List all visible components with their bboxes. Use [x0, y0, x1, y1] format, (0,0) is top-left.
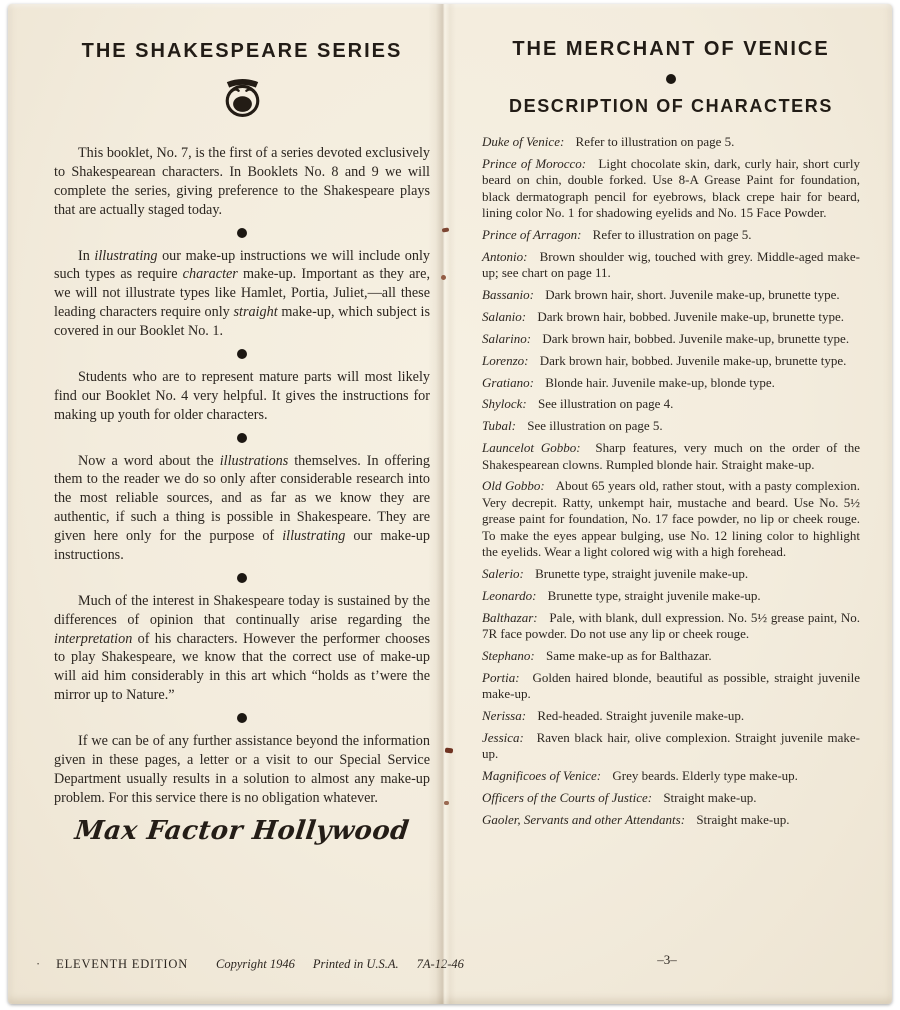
- body-paragraph: Students who are to represent mature par…: [54, 368, 430, 425]
- separator-dot: [237, 349, 247, 359]
- character-description: Refer to illustration on page 5.: [572, 134, 734, 149]
- character-entry: Officers of the Courts of Justice: Strai…: [482, 790, 860, 806]
- character-entry: Salerio: Brunette type, straight juvenil…: [482, 566, 860, 582]
- character-entry: Lorenzo: Dark brown hair, bobbed. Juveni…: [482, 353, 860, 369]
- character-entry: Portia: Golden haired blonde, beautiful …: [482, 670, 860, 703]
- character-entry: Stephano: Same make-up as for Balthazar.: [482, 648, 860, 664]
- separator-dot: [237, 713, 247, 723]
- character-entry: Prince of Morocco: Light chocolate skin,…: [482, 156, 860, 222]
- character-entry: Balthazar: Pale, with blank, dull expres…: [482, 610, 860, 643]
- character-entry: Shylock: See illustration on page 4.: [482, 396, 860, 412]
- body-paragraph: Now a word about the illustrations thems…: [54, 452, 430, 565]
- booklet-scan: THE SHAKESPEARE SERIES This booklet, No.…: [8, 4, 892, 1004]
- character-description: Grey beards. Elderly type make-up.: [609, 768, 798, 783]
- body-paragraph: If we can be of any further assistance b…: [54, 732, 430, 808]
- character-entry: Tubal: See illustration on page 5.: [482, 418, 860, 434]
- separator-dot: [237, 228, 247, 238]
- section-heading: DESCRIPTION OF CHARACTERS: [482, 96, 860, 117]
- character-entry: Bassanio: Dark brown hair, short. Juveni…: [482, 287, 860, 303]
- character-name: Antonio:: [482, 249, 528, 264]
- character-description: Brunette type, straight juvenile make-up…: [544, 588, 760, 603]
- character-entry: Leonardo: Brunette type, straight juveni…: [482, 588, 860, 604]
- footer-copyright: Copyright 1946: [216, 957, 295, 971]
- character-entry: Nerissa: Red-headed. Straight juvenile m…: [482, 708, 860, 724]
- character-description: Same make-up as for Balthazar.: [543, 648, 712, 663]
- footer-printed: Printed in U.S.A.: [313, 957, 399, 971]
- character-entry: Salarino: Dark brown hair, bobbed. Juven…: [482, 331, 860, 347]
- character-name: Shylock:: [482, 396, 527, 411]
- separator-bullet: [54, 349, 430, 360]
- character-name: Salanio:: [482, 309, 526, 324]
- separator-bullet: [54, 433, 430, 444]
- character-name: Launcelot Gobbo:: [482, 440, 581, 455]
- body-paragraph: This booklet, No. 7, is the first of a s…: [54, 144, 430, 220]
- left-page-title: THE SHAKESPEARE SERIES: [54, 40, 430, 63]
- body-paragraph: In illustrating our make-up instructions…: [54, 247, 430, 341]
- character-description: See illustration on page 5.: [524, 418, 663, 433]
- character-entry: Jessica: Raven black hair, olive complex…: [482, 730, 860, 763]
- character-entry: Old Gobbo: About 65 years old, rather st…: [482, 478, 860, 560]
- character-description: See illustration on page 4.: [535, 396, 674, 411]
- character-description: Dark brown hair, bobbed. Juvenile make-u…: [534, 309, 844, 324]
- character-name: Jessica:: [482, 730, 524, 745]
- character-name: Portia:: [482, 670, 520, 685]
- left-footer: ·ELEVENTH EDITIONCopyright 1946Printed i…: [36, 957, 432, 972]
- logo-wrap: [54, 75, 430, 124]
- character-name: Gratiano:: [482, 375, 534, 390]
- character-name: Leonardo:: [482, 588, 536, 603]
- left-page: THE SHAKESPEARE SERIES This booklet, No.…: [8, 4, 442, 1004]
- footer-lead-mark: ·: [36, 957, 40, 971]
- separator-dot: [666, 74, 676, 84]
- character-name: Officers of the Courts of Justice:: [482, 790, 652, 805]
- signature-max-factor: Max Factor Hollywood: [52, 816, 432, 846]
- character-description: Red-headed. Straight juvenile make-up.: [534, 708, 744, 723]
- character-name: Lorenzo:: [482, 353, 528, 368]
- character-name: Stephano:: [482, 648, 535, 663]
- character-description: Brown shoulder wig, touched with grey. M…: [482, 249, 860, 280]
- character-description: Dark brown hair, short. Juvenile make-up…: [542, 287, 840, 302]
- character-entry: Salanio: Dark brown hair, bobbed. Juveni…: [482, 309, 860, 325]
- separator-dot: [237, 573, 247, 583]
- separator-bullet: [54, 228, 430, 239]
- character-name: Salarino:: [482, 331, 531, 346]
- tragedy-mask-logo-icon: [219, 75, 266, 119]
- character-name: Bassanio:: [482, 287, 534, 302]
- character-description: Pale, with blank, dull expression. No. 5…: [482, 610, 860, 641]
- character-name: Old Gobbo:: [482, 478, 545, 493]
- character-description: Dark brown hair, bobbed. Juvenile make-u…: [539, 331, 849, 346]
- character-entry: Gaoler, Servants and other Attendants: S…: [482, 812, 860, 828]
- left-paragraph-list: This booklet, No. 7, is the first of a s…: [54, 144, 430, 808]
- character-name: Nerissa:: [482, 708, 526, 723]
- character-entry: Duke of Venice: Refer to illustration on…: [482, 134, 860, 150]
- character-entry: Magnificoes of Venice: Grey beards. Elde…: [482, 768, 860, 784]
- character-name: Prince of Arragon:: [482, 227, 581, 242]
- page-number: –3–: [442, 952, 892, 968]
- character-description: Dark brown hair, bobbed. Juvenile make-u…: [536, 353, 846, 368]
- character-name: Gaoler, Servants and other Attendants:: [482, 812, 685, 827]
- character-description: Blonde hair. Juvenile make-up, blonde ty…: [542, 375, 775, 390]
- character-description: Brunette type, straight juvenile make-up…: [532, 566, 748, 581]
- character-name: Tubal:: [482, 418, 516, 433]
- right-page: THE MERCHANT OF VENICE DESCRIPTION OF CH…: [442, 4, 892, 1004]
- character-description: Refer to illustration on page 5.: [589, 227, 751, 242]
- character-description: Golden haired blonde, beautiful as possi…: [482, 670, 860, 701]
- character-list: Duke of Venice: Refer to illustration on…: [482, 134, 860, 828]
- character-name: Balthazar:: [482, 610, 538, 625]
- character-name: Prince of Morocco:: [482, 156, 586, 171]
- character-description: Straight make-up.: [693, 812, 789, 827]
- character-name: Salerio:: [482, 566, 524, 581]
- character-entry: Launcelot Gobbo: Sharp features, very mu…: [482, 440, 860, 473]
- separator-bullet: [54, 713, 430, 724]
- character-entry: Gratiano: Blonde hair. Juvenile make-up,…: [482, 375, 860, 391]
- separator-dot: [237, 433, 247, 443]
- body-paragraph: Much of the interest in Shakespeare toda…: [54, 592, 430, 705]
- right-page-title: THE MERCHANT OF VENICE: [482, 38, 860, 61]
- character-name: Duke of Venice:: [482, 134, 564, 149]
- separator-bullet: [54, 573, 430, 584]
- character-entry: Antonio: Brown shoulder wig, touched wit…: [482, 249, 860, 282]
- character-description: Raven black hair, olive complexion. Stra…: [482, 730, 860, 761]
- character-name: Magnificoes of Venice:: [482, 768, 601, 783]
- character-entry: Prince of Arragon: Refer to illustration…: [482, 227, 860, 243]
- character-description: Straight make-up.: [660, 790, 756, 805]
- footer-edition: ELEVENTH EDITION: [56, 957, 188, 971]
- heading-separator: [482, 74, 860, 85]
